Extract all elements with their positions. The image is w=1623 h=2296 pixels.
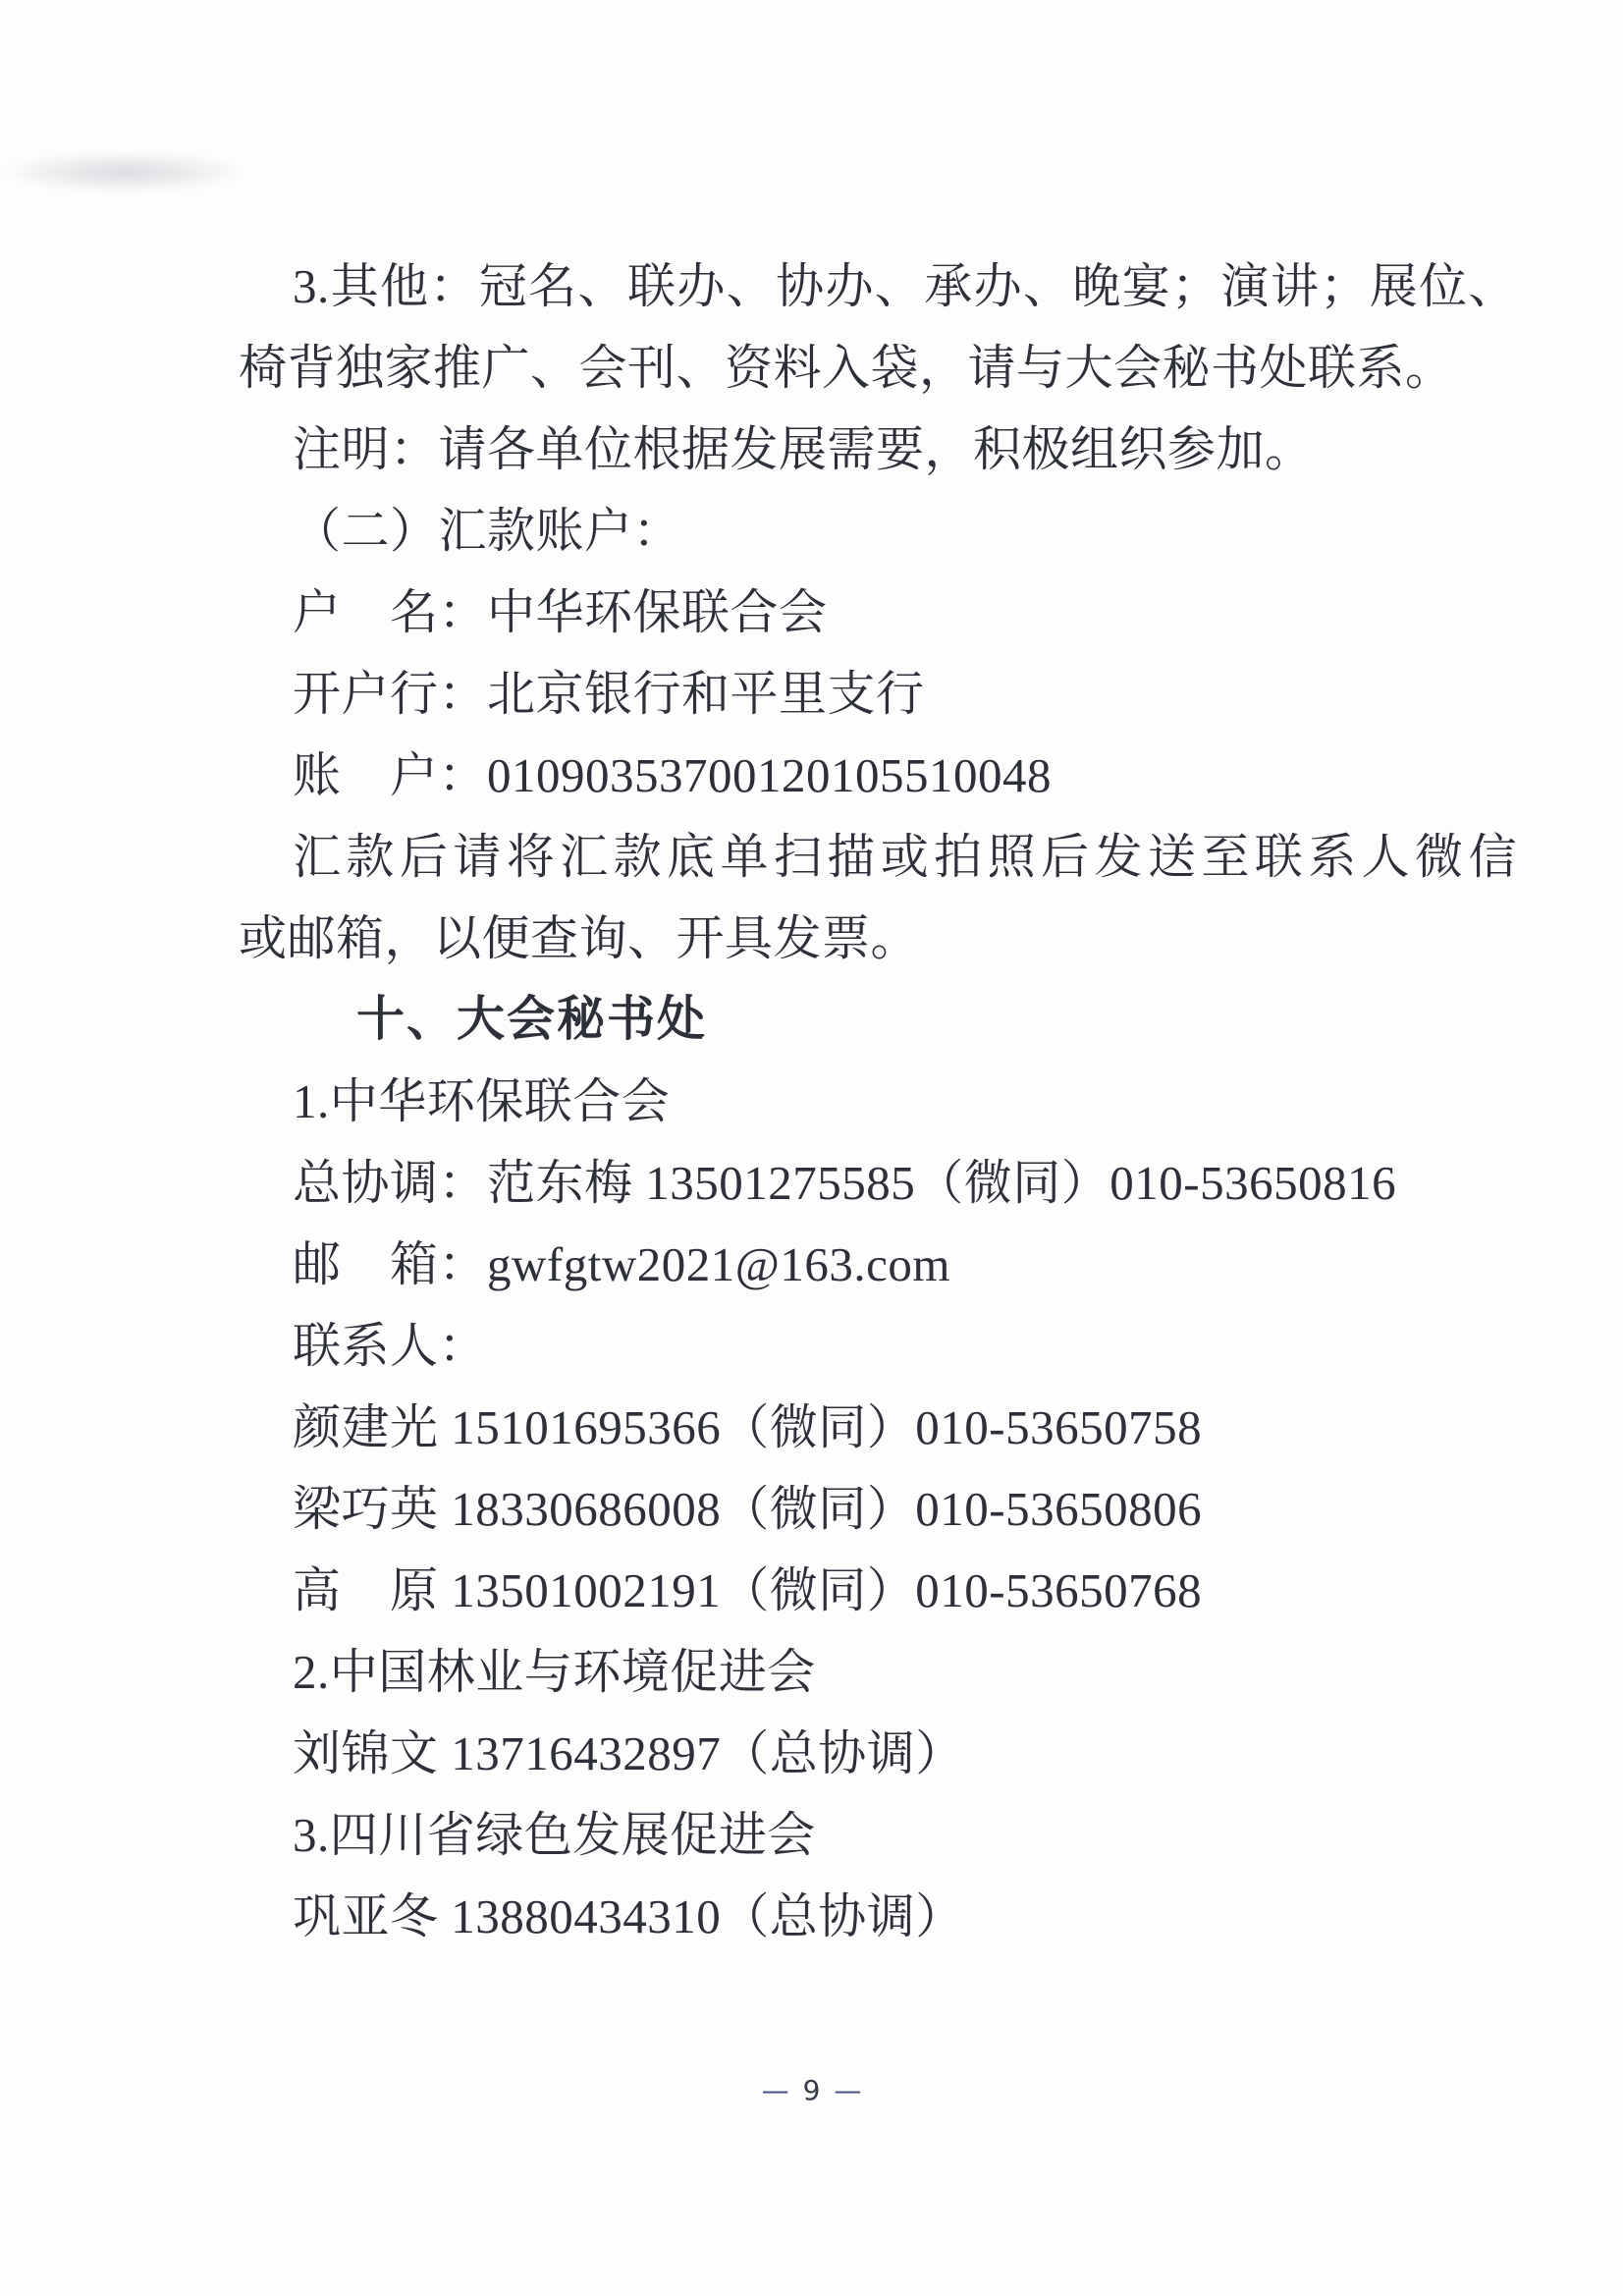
line-account-name: 户 名：中华环保联合会 xyxy=(239,572,1517,653)
line-account-number: 账 户：01090353700120105510048 xyxy=(239,735,1517,816)
line-remittance-instruction-continued: 或邮箱，以便查询、开具发票。 xyxy=(239,898,1517,979)
line-other-items: 3.其他：冠名、联办、协办、承办、晚宴；演讲；展位、 xyxy=(239,246,1517,327)
page-number: —9— xyxy=(0,2074,1623,2106)
heading-remittance-account: （二）汇款账户： xyxy=(239,490,1517,572)
scan-smudge-artifact xyxy=(0,137,363,200)
line-org-acef: 1.中华环保联合会 xyxy=(239,1061,1517,1142)
line-contact-liu-jinwen: 刘锦文 13716432897（总协调） xyxy=(239,1713,1517,1794)
line-coordinator-fan-dongmei: 总协调：范东梅 13501275585（微同）010-53650816 xyxy=(239,1142,1517,1224)
line-contact-gong-yadong: 巩亚冬 13880434310（总协调） xyxy=(239,1876,1517,1957)
line-contact-yan-jianguang: 颜建光 15101695366（微同）010-53650758 xyxy=(239,1387,1517,1468)
line-email: 邮 箱：gwfgtw2021@163.com xyxy=(239,1224,1517,1305)
line-org-sichuan: 3.四川省绿色发展促进会 xyxy=(239,1794,1517,1876)
document-page: 3.其他：冠名、联办、协办、承办、晚宴；演讲；展位、 椅背独家推广、会刊、资料入… xyxy=(0,0,1623,2296)
line-contact-gao-yuan: 高 原 13501002191（微同）010-53650768 xyxy=(239,1550,1517,1631)
line-contacts-label: 联系人： xyxy=(239,1305,1517,1387)
line-bank-branch: 开户行：北京银行和平里支行 xyxy=(239,653,1517,735)
line-remittance-instruction: 汇款后请将汇款底单扫描或拍照后发送至联系人微信 xyxy=(239,816,1517,898)
document-body: 3.其他：冠名、联办、协办、承办、晚宴；演讲；展位、 椅背独家推广、会刊、资料入… xyxy=(239,246,1517,1957)
line-org-forestry: 2.中国林业与环境促进会 xyxy=(239,1631,1517,1713)
page-number-dash-right: — xyxy=(834,2074,861,2106)
page-number-value: 9 xyxy=(803,2074,821,2106)
heading-conference-secretariat: 十、大会秘书处 xyxy=(239,979,1517,1061)
page-number-dash-left: — xyxy=(762,2074,789,2106)
line-note: 注明：请各单位根据发展需要，积极组织参加。 xyxy=(239,409,1517,490)
line-contact-liang-qiaoying: 梁巧英 18330686008（微同）010-53650806 xyxy=(239,1468,1517,1550)
line-other-items-continued: 椅背独家推广、会刊、资料入袋，请与大会秘书处联系。 xyxy=(239,327,1517,409)
